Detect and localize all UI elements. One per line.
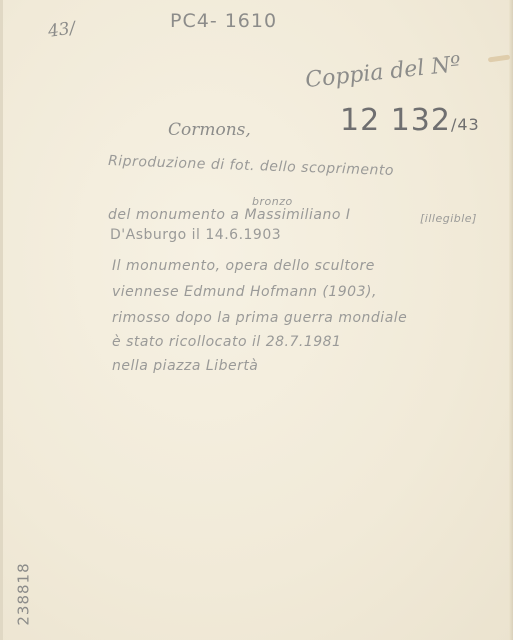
note-line-4: è stato ricollocato il 28.7.1981 bbox=[112, 334, 341, 350]
copy-number: 12 132/43 bbox=[340, 103, 480, 138]
description-line-2: del monumento a Massimiliano I bbox=[108, 207, 351, 223]
copy-label: Coppia del Nº bbox=[304, 52, 462, 93]
note-line-5: nella piazza Libertà bbox=[112, 358, 258, 374]
inventory-number: 238818 bbox=[15, 562, 33, 625]
copy-label-text: Coppia del Nº bbox=[304, 52, 462, 93]
place-name: Cormons, bbox=[168, 120, 251, 140]
corner-number: 43/ bbox=[47, 18, 77, 42]
description-line-1: Riproduzione di fot. dello scoprimento bbox=[108, 153, 394, 179]
paper-stain bbox=[488, 54, 510, 62]
photo-back-sheet: 43/ PC4- 1610 Coppia del Nº 12 132/43 Co… bbox=[0, 0, 513, 640]
right-edge bbox=[509, 0, 513, 640]
copy-number-fraction: /43 bbox=[451, 115, 480, 134]
copy-number-value: 12 132 bbox=[340, 103, 451, 138]
note-line-2: viennese Edmund Hofmann (1903), bbox=[112, 284, 377, 300]
note-line-1: Il monumento, opera dello scultore bbox=[112, 258, 375, 274]
note-line-3: rimosso dopo la prima guerra mondiale bbox=[112, 310, 407, 326]
description-line-3: D'Asburgo il 14.6.1903 bbox=[110, 227, 281, 243]
erased-text: [illegible] bbox=[420, 212, 477, 225]
left-edge bbox=[0, 0, 3, 640]
catalog-code: PC4- 1610 bbox=[170, 10, 277, 32]
